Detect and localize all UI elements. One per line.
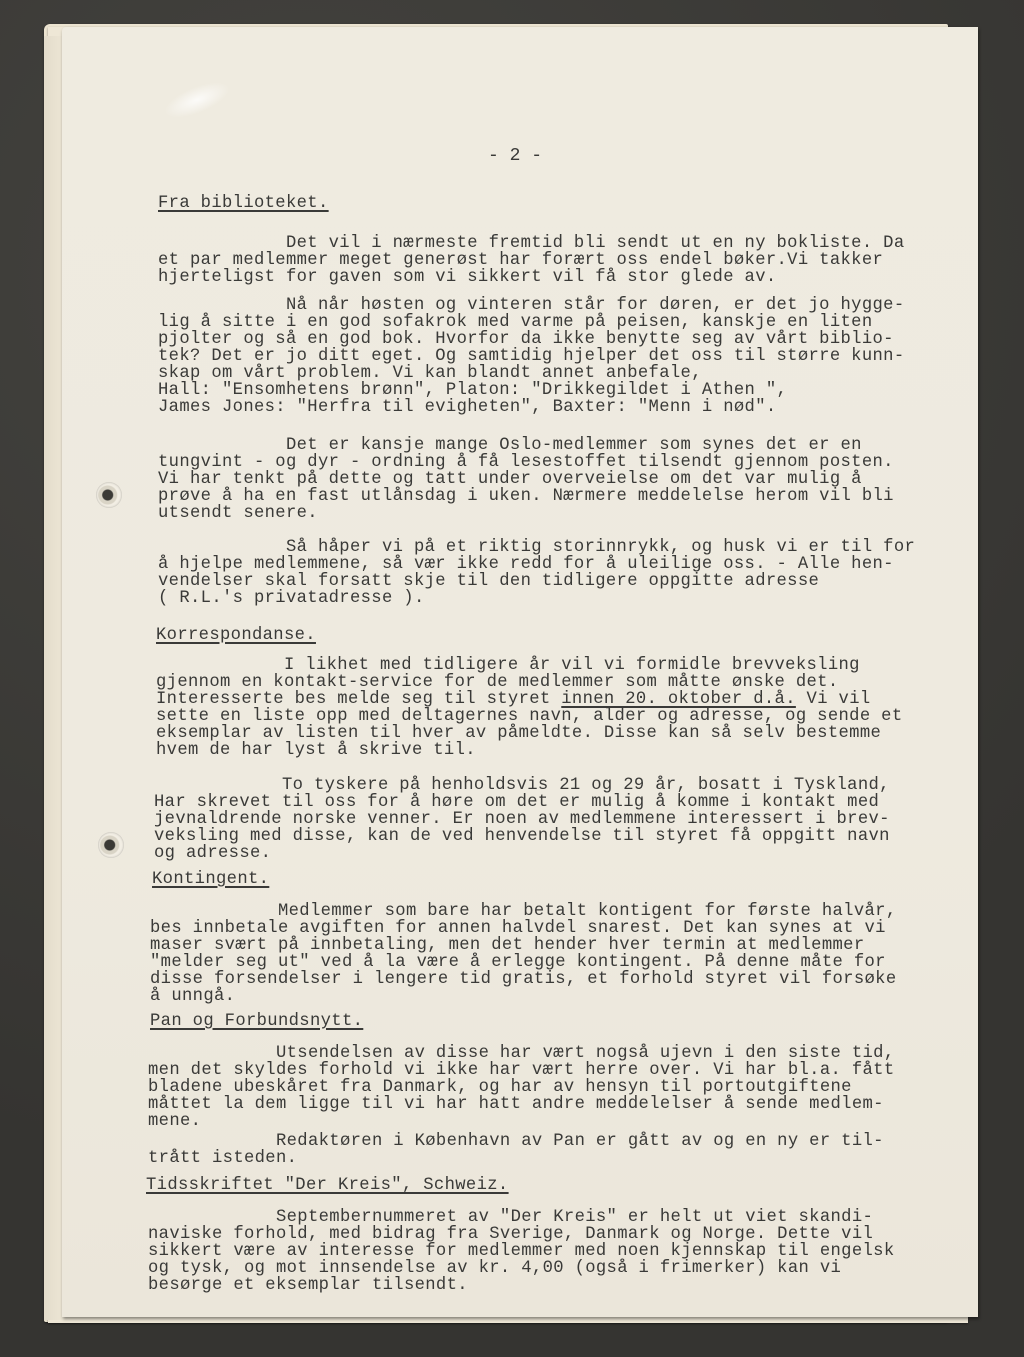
text-line: jevnaldrende norske venner. Er noen av m… xyxy=(154,812,890,828)
text-line: naviske forhold, med bidrag fra Sverige,… xyxy=(148,1227,873,1243)
text-line: Det er kansje mange Oslo-medlemmer som s… xyxy=(158,438,862,454)
section-heading-library: Fra biblioteket. xyxy=(158,196,329,212)
text-line: et par medlemmer meget generøst har foræ… xyxy=(158,253,883,269)
section-heading-membership-fee: Kontingent. xyxy=(152,872,269,888)
text-line: Medlemmer som bare har betalt kontigent … xyxy=(150,904,897,920)
stacked-page-edge xyxy=(44,36,62,1320)
paper-crease-mark xyxy=(160,75,235,125)
text-line: å hjelpe medlemmene, så vær ikke redd fo… xyxy=(158,557,894,573)
text-line: hvem de har lyst å skrive til. xyxy=(156,743,476,759)
text-line: mene. xyxy=(148,1114,201,1130)
text-line: I likhet med tidligere år vil vi formidl… xyxy=(156,658,860,674)
page-number: - 2 - xyxy=(488,146,542,166)
text-line: utsendt senere. xyxy=(158,506,318,522)
text-line: skap om vårt problem. Vi kan blandt anne… xyxy=(158,366,702,382)
text-line: måttet la dem ligge til vi har hatt andr… xyxy=(148,1097,884,1113)
text-line: Så håper vi på et riktig storinnrykk, og… xyxy=(158,540,915,556)
text-line: ( R.L.'s privatadresse ). xyxy=(158,591,425,607)
text-line: Nå når høsten og vinteren står for døren… xyxy=(158,298,905,314)
punch-hole-icon xyxy=(96,482,122,508)
text-line: og tysk, og mot innsendelse av kr. 4,00 … xyxy=(148,1261,841,1277)
text-line: lig å sitte i en god sofakrok med varme … xyxy=(158,315,873,331)
text-line: pjolter og så en god bok. Hvorfor da ikk… xyxy=(158,332,894,348)
text-line: Septembernummeret av "Der Kreis" er helt… xyxy=(148,1210,873,1226)
text-line: sette en liste opp med deltagernes navn,… xyxy=(156,709,903,725)
text-line: disse forsendelser i lengere tid gratis,… xyxy=(150,972,897,988)
text-line: veksling med disse, kan de ved henvendel… xyxy=(154,829,890,845)
punch-hole-icon xyxy=(98,832,124,858)
text-line: tek? Det er jo ditt eget. Og samtidig hj… xyxy=(158,349,905,365)
text-line: Hall: "Ensomhetens brønn", Platon: "Drik… xyxy=(158,383,787,399)
text-line: trått isteden. xyxy=(148,1151,297,1167)
text-line: sikkert være av interesse for medlemmer … xyxy=(148,1244,895,1260)
text-line: To tyskere på henholdsvis 21 og 29 år, b… xyxy=(154,778,890,794)
text-line: og adresse. xyxy=(154,846,271,862)
text-line: "melder seg ut" ved å la være å erlegge … xyxy=(150,955,886,971)
text-line: bladene ubeskåret fra Danmark, og har av… xyxy=(148,1080,852,1096)
section-heading-pan-news: Pan og Forbundsnytt. xyxy=(150,1014,363,1030)
text-line: Utsendelsen av disse har vært nogså ujev… xyxy=(148,1046,895,1062)
text-line: men det skyldes forhold vi ikke har vært… xyxy=(148,1063,895,1079)
text-line: å unngå. xyxy=(150,989,235,1005)
text-line: Har skrevet til oss for å høre om det er… xyxy=(154,795,879,811)
text-line: eksemplar av listen til hver av påmeldte… xyxy=(156,726,881,742)
text-line: maser svært på innbetaling, men det hend… xyxy=(150,938,865,954)
text-line: bes innbetale avgiften for annen halvdel… xyxy=(150,921,886,937)
text-line: besørge et eksemplar tilsendt. xyxy=(148,1278,468,1294)
text-line: James Jones: "Herfra til evigheten", Bax… xyxy=(158,400,777,416)
text-line: prøve å ha en fast utlånsdag i uken. Nær… xyxy=(158,489,894,505)
section-heading-correspondence: Korrespondanse. xyxy=(156,628,316,644)
text-line: gjennom en kontakt-service for de medlem… xyxy=(156,675,839,691)
text-line: hjerteligst for gaven som vi sikkert vil… xyxy=(158,270,777,286)
document-body: Fra biblioteket. Det vil i nærmeste frem… xyxy=(0,0,21,1138)
text-line: Vi har tenkt på dette og tatt under over… xyxy=(158,472,862,488)
text-line: vendelser skal forsatt skje til den tidl… xyxy=(158,574,819,590)
text-line: Redaktøren i København av Pan er gått av… xyxy=(148,1134,884,1150)
text-line: Det vil i nærmeste fremtid bli sendt ut … xyxy=(158,236,905,252)
section-heading-der-kreis: Tidsskriftet "Der Kreis", Schweiz. xyxy=(146,1178,509,1194)
text-line: Interesserte bes melde seg til styret in… xyxy=(156,692,871,708)
text-line: tungvint - og dyr - ordning å få lesesto… xyxy=(158,455,894,471)
